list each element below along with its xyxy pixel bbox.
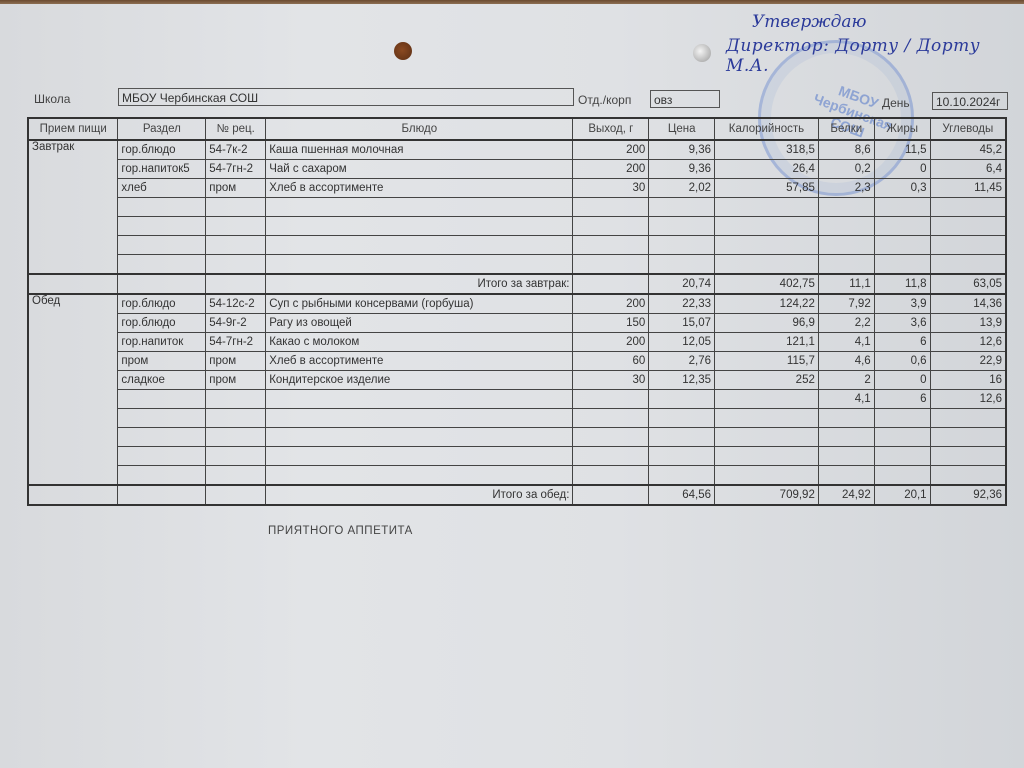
cell-protein: 7,92 — [818, 294, 874, 314]
cell-dish: Хлеб в ассортименте — [266, 179, 573, 198]
col-dish: Блюдо — [266, 118, 573, 140]
cell-carbs — [930, 198, 1006, 217]
total-row: Итого за обед:64,56709,9224,9220,192,36 — [28, 485, 1006, 505]
cell-recipe: 54-7гн-2 — [206, 160, 266, 179]
cell-protein: 2 — [818, 371, 874, 390]
cell-yield — [573, 390, 649, 409]
total-carbs: 63,05 — [930, 274, 1006, 294]
cell-fat: 6 — [874, 333, 930, 352]
cell-section: гор.блюдо — [118, 314, 206, 333]
cell-carbs — [930, 255, 1006, 275]
cell-section — [118, 409, 206, 428]
cell-fat: 0 — [874, 160, 930, 179]
cell-section — [118, 198, 206, 217]
cell-section: сладкое — [118, 371, 206, 390]
cell-fat — [874, 217, 930, 236]
cell-carbs: 14,36 — [930, 294, 1006, 314]
cell-blank — [118, 485, 206, 505]
cell-yield — [573, 255, 649, 275]
cell-price — [649, 198, 715, 217]
table-row: 4,1612,6 — [28, 390, 1006, 409]
cell-yield — [573, 409, 649, 428]
cell-kcal — [715, 217, 819, 236]
cell-kcal: 96,9 — [715, 314, 819, 333]
cell-section: гор.блюдо — [118, 140, 206, 160]
cell-recipe: 54-12с-2 — [206, 294, 266, 314]
cell-dish: Какао с молоком — [266, 333, 573, 352]
total-label: Итого за обед: — [266, 485, 573, 505]
table-row — [28, 198, 1006, 217]
punch-hole — [693, 44, 711, 62]
director-signature: Директор: Дорту / Дорту М.А. — [726, 36, 1024, 76]
table-row — [28, 236, 1006, 255]
cell-yield — [573, 466, 649, 486]
total-label: Итого за завтрак: — [266, 274, 573, 294]
cell-recipe — [206, 255, 266, 275]
cell-price — [649, 255, 715, 275]
cell-fat: 6 — [874, 390, 930, 409]
cell-protein: 4,6 — [818, 352, 874, 371]
cell-fat — [874, 409, 930, 428]
punch-hole — [394, 42, 412, 60]
cell-carbs: 12,6 — [930, 390, 1006, 409]
cell-section — [118, 217, 206, 236]
cell-carbs: 6,4 — [930, 160, 1006, 179]
total-price: 20,74 — [649, 274, 715, 294]
cell-kcal — [715, 198, 819, 217]
cell-carbs: 12,6 — [930, 333, 1006, 352]
day-field: 10.10.2024г — [932, 92, 1008, 110]
cell-kcal — [715, 390, 819, 409]
cell-price — [649, 217, 715, 236]
cell-yield: 200 — [573, 160, 649, 179]
table-row: сладкоепромКондитерское изделие3012,3525… — [28, 371, 1006, 390]
cell-kcal: 26,4 — [715, 160, 819, 179]
cell-section: гор.блюдо — [118, 294, 206, 314]
cell-protein — [818, 198, 874, 217]
cell-blank — [118, 274, 206, 294]
cell-recipe — [206, 217, 266, 236]
cell-dish: Кондитерское изделие — [266, 371, 573, 390]
cell-recipe — [206, 236, 266, 255]
cell-blank — [206, 274, 266, 294]
table-row: гор.блюдо54-9г-2Рагу из овощей15015,0796… — [28, 314, 1006, 333]
cell-recipe — [206, 447, 266, 466]
cell-section: гор.напиток — [118, 333, 206, 352]
table-row: Обедгор.блюдо54-12с-2Суп с рыбными консе… — [28, 294, 1006, 314]
school-field: МБОУ Чербинская СОШ — [118, 88, 574, 106]
cell-carbs — [930, 428, 1006, 447]
total-fat: 11,8 — [874, 274, 930, 294]
cell-kcal — [715, 428, 819, 447]
cell-yield: 200 — [573, 294, 649, 314]
cell-protein — [818, 447, 874, 466]
cell-yield: 200 — [573, 333, 649, 352]
cell-protein — [818, 217, 874, 236]
cell-blank — [206, 485, 266, 505]
cell-yield: 60 — [573, 352, 649, 371]
table-row: промпромХлеб в ассортименте602,76115,74,… — [28, 352, 1006, 371]
cell-section — [118, 390, 206, 409]
cell-dish: Хлеб в ассортименте — [266, 352, 573, 371]
cell-dish: Суп с рыбными консервами (горбуша) — [266, 294, 573, 314]
school-label: Школа — [34, 92, 70, 106]
cell-recipe: пром — [206, 371, 266, 390]
table-row — [28, 447, 1006, 466]
col-kcal: Калорийность — [715, 118, 819, 140]
cell-price: 22,33 — [649, 294, 715, 314]
cell-blank — [573, 485, 649, 505]
cell-dish — [266, 409, 573, 428]
cell-recipe: пром — [206, 179, 266, 198]
total-kcal: 709,92 — [715, 485, 819, 505]
col-carbs: Углеводы — [930, 118, 1006, 140]
cell-carbs — [930, 217, 1006, 236]
total-protein: 11,1 — [818, 274, 874, 294]
cell-yield — [573, 447, 649, 466]
cell-protein — [818, 255, 874, 275]
cell-kcal — [715, 466, 819, 486]
table-row — [28, 428, 1006, 447]
cell-price: 2,02 — [649, 179, 715, 198]
cell-yield: 150 — [573, 314, 649, 333]
cell-protein: 2,2 — [818, 314, 874, 333]
cell-kcal — [715, 236, 819, 255]
cell-recipe: 54-7к-2 — [206, 140, 266, 160]
cell-recipe: 54-9г-2 — [206, 314, 266, 333]
cell-section — [118, 466, 206, 486]
dept-label: Отд./корп — [578, 93, 631, 107]
cell-carbs — [930, 236, 1006, 255]
cell-fat: 0,6 — [874, 352, 930, 371]
cell-dish — [266, 428, 573, 447]
cell-dish: Рагу из овощей — [266, 314, 573, 333]
col-yield: Выход, г — [573, 118, 649, 140]
cell-yield — [573, 198, 649, 217]
cell-dish — [266, 198, 573, 217]
total-fat: 20,1 — [874, 485, 930, 505]
cell-fat — [874, 466, 930, 486]
total-row: Итого за завтрак:20,74402,7511,111,863,0… — [28, 274, 1006, 294]
cell-dish: Каша пшенная молочная — [266, 140, 573, 160]
cell-kcal: 115,7 — [715, 352, 819, 371]
cell-yield: 30 — [573, 179, 649, 198]
cell-fat — [874, 255, 930, 275]
cell-fat — [874, 236, 930, 255]
cell-dish — [266, 466, 573, 486]
cell-kcal — [715, 255, 819, 275]
cell-section — [118, 447, 206, 466]
cell-protein — [818, 236, 874, 255]
cell-recipe: 54-7гн-2 — [206, 333, 266, 352]
total-protein: 24,92 — [818, 485, 874, 505]
cell-kcal: 121,1 — [715, 333, 819, 352]
cell-recipe — [206, 390, 266, 409]
meal-name: Завтрак — [28, 140, 118, 274]
col-price: Цена — [649, 118, 715, 140]
cell-price — [649, 428, 715, 447]
cell-kcal: 57,85 — [715, 179, 819, 198]
table-row: хлебпромХлеб в ассортименте302,0257,852,… — [28, 179, 1006, 198]
table-header: Прием пищи Раздел № рец. Блюдо Выход, г … — [28, 118, 1006, 140]
cell-section: пром — [118, 352, 206, 371]
total-price: 64,56 — [649, 485, 715, 505]
cell-protein: 2,3 — [818, 179, 874, 198]
cell-carbs: 16 — [930, 371, 1006, 390]
menu-table: Прием пищи Раздел № рец. Блюдо Выход, г … — [27, 117, 1007, 506]
table-row: гор.напиток554-7гн-2Чай с сахаром2009,36… — [28, 160, 1006, 179]
col-meal: Прием пищи — [28, 118, 118, 140]
meal-name: Обед — [28, 294, 118, 485]
col-recipe: № рец. — [206, 118, 266, 140]
cell-recipe — [206, 409, 266, 428]
cell-carbs — [930, 466, 1006, 486]
cell-protein: 4,1 — [818, 333, 874, 352]
cell-kcal: 252 — [715, 371, 819, 390]
table-row — [28, 466, 1006, 486]
cell-kcal: 124,22 — [715, 294, 819, 314]
cell-fat: 0 — [874, 371, 930, 390]
cell-fat — [874, 198, 930, 217]
col-fat: Жиры — [874, 118, 930, 140]
cell-kcal — [715, 409, 819, 428]
cell-fat — [874, 447, 930, 466]
cell-price — [649, 236, 715, 255]
cell-yield — [573, 236, 649, 255]
cell-recipe — [206, 428, 266, 447]
cell-protein: 8,6 — [818, 140, 874, 160]
cell-section — [118, 236, 206, 255]
cell-recipe — [206, 198, 266, 217]
cell-protein: 0,2 — [818, 160, 874, 179]
cell-yield: 30 — [573, 371, 649, 390]
dept-field: овз — [650, 90, 720, 108]
cell-dish — [266, 390, 573, 409]
cell-carbs — [930, 447, 1006, 466]
cell-dish: Чай с сахаром — [266, 160, 573, 179]
cell-protein — [818, 466, 874, 486]
cell-section — [118, 428, 206, 447]
cell-carbs — [930, 409, 1006, 428]
cell-blank — [28, 485, 118, 505]
cell-fat: 0,3 — [874, 179, 930, 198]
table-row: гор.напиток54-7гн-2Какао с молоком20012,… — [28, 333, 1006, 352]
cell-yield — [573, 217, 649, 236]
cell-price — [649, 466, 715, 486]
cell-section — [118, 255, 206, 275]
cell-dish — [266, 255, 573, 275]
cell-price — [649, 390, 715, 409]
cell-price: 9,36 — [649, 140, 715, 160]
cell-dish — [266, 217, 573, 236]
cell-carbs: 22,9 — [930, 352, 1006, 371]
total-kcal: 402,75 — [715, 274, 819, 294]
cell-fat: 11,5 — [874, 140, 930, 160]
table-row — [28, 217, 1006, 236]
cell-recipe — [206, 466, 266, 486]
cell-price: 9,36 — [649, 160, 715, 179]
cell-kcal: 318,5 — [715, 140, 819, 160]
cell-price: 2,76 — [649, 352, 715, 371]
approval-line: Утверждаю — [752, 12, 866, 32]
cell-carbs: 11,45 — [930, 179, 1006, 198]
cell-kcal — [715, 447, 819, 466]
cell-price: 15,07 — [649, 314, 715, 333]
cell-fat — [874, 428, 930, 447]
table-row: Завтракгор.блюдо54-7к-2Каша пшенная моло… — [28, 140, 1006, 160]
cell-dish — [266, 447, 573, 466]
cell-yield: 200 — [573, 140, 649, 160]
cell-blank — [573, 274, 649, 294]
cell-protein — [818, 428, 874, 447]
cell-protein — [818, 409, 874, 428]
cell-carbs: 13,9 — [930, 314, 1006, 333]
cell-fat: 3,9 — [874, 294, 930, 314]
footer-note: ПРИЯТНОГО АППЕТИТА — [268, 525, 413, 537]
cell-section: гор.напиток5 — [118, 160, 206, 179]
table-row — [28, 409, 1006, 428]
day-label: День — [882, 96, 910, 110]
cell-fat: 3,6 — [874, 314, 930, 333]
cell-price: 12,05 — [649, 333, 715, 352]
total-carbs: 92,36 — [930, 485, 1006, 505]
cell-blank — [28, 274, 118, 294]
cell-carbs: 45,2 — [930, 140, 1006, 160]
cell-price — [649, 447, 715, 466]
col-protein: Белки — [818, 118, 874, 140]
col-section: Раздел — [118, 118, 206, 140]
cell-recipe: пром — [206, 352, 266, 371]
cell-yield — [573, 428, 649, 447]
cell-price — [649, 409, 715, 428]
cell-protein: 4,1 — [818, 390, 874, 409]
table-row — [28, 255, 1006, 275]
cell-dish — [266, 236, 573, 255]
cell-price: 12,35 — [649, 371, 715, 390]
cell-section: хлеб — [118, 179, 206, 198]
